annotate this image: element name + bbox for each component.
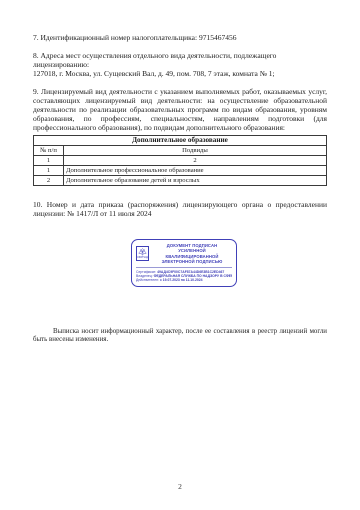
table-colnum-2: 2: [64, 156, 327, 166]
stamp-certificate-value: 49АД4C9F00C7AF87A44D6E3B1C2ED467: [157, 270, 224, 274]
disclaimer-note: Выписка носит информационный характер, п…: [33, 328, 327, 345]
table-title: Дополнительное образование: [34, 136, 327, 146]
stamp-header: РОСОБРНАДЗОР ДОКУМЕНТ ПОДПИСАН УСИЛЕННОЙ…: [136, 243, 232, 265]
table-row: 1 Дополнительное профессиональное образо…: [34, 166, 327, 176]
stamp-title-line2: УСИЛЕННОЙ КВАЛИФИЦИРОВАННОЙ: [152, 248, 232, 259]
paragraph-8-line1: 8. Адреса мест осуществления отдельного …: [33, 51, 276, 69]
paragraph-10-order-number: 10. Номер и дата приказа (распоряжения) …: [33, 200, 327, 218]
stamp-title-line3: ЭЛЕКТРОННОЙ ПОДПИСЬЮ: [152, 259, 232, 264]
stamp-certificate-label: Сертификат:: [136, 270, 156, 274]
table-colnum-1: 1: [34, 156, 64, 166]
table-row: 2 Дополнительное образование детей и взр…: [34, 176, 327, 186]
paragraph-8-addresses: 8. Адреса мест осуществления отдельного …: [33, 51, 327, 78]
emblem-caption: РОСОБРНАДЗОР: [136, 257, 149, 260]
stamp-owner-value: ФЕДЕРАЛЬНАЯ СЛУЖБА ПО НАДЗОРУ В СФЕРЕ ОБ…: [154, 274, 232, 278]
page-number: 2: [0, 482, 360, 491]
coat-of-arms-icon: РОСОБРНАДЗОР: [136, 246, 149, 261]
page-content: 7. Идентификационный номер налогоплатель…: [33, 33, 327, 345]
table-cell-num: 1: [34, 166, 64, 176]
stamp-validity-label: Действителен:: [136, 278, 159, 282]
paragraph-7-taxpayer-id: 7. Идентификационный номер налогоплатель…: [33, 33, 327, 42]
table-header-num: № п/п: [34, 146, 64, 156]
table-header-subtypes: Подвиды: [64, 146, 327, 156]
table-cell-name: Дополнительное образование детей и взрос…: [64, 176, 327, 186]
table-cell-name: Дополнительное профессиональное образова…: [64, 166, 327, 176]
paragraph-9-licensed-activity: 9. Лицензируемый вид деятельности с указ…: [33, 87, 327, 132]
table-header-row: № п/п Подвиды: [34, 146, 327, 156]
digital-signature-stamp: РОСОБРНАДЗОР ДОКУМЕНТ ПОДПИСАН УСИЛЕННОЙ…: [131, 239, 237, 287]
stamp-details: Сертификат: 49АД4C9F00C7AF87A44D6E3B1C2E…: [136, 267, 232, 283]
stamp-validity-line: Действителен: с 19.07.2023 по 11.10.2024: [136, 278, 232, 282]
table-column-number-row: 1 2: [34, 156, 327, 166]
stamp-owner-label: Владелец:: [136, 274, 153, 278]
paragraph-8-line2: 127018, г. Москва, ул. Сущевский Вал, д.…: [33, 69, 275, 78]
table-cell-num: 2: [34, 176, 64, 186]
table-title-row: Дополнительное образование: [34, 136, 327, 146]
stamp-container: РОСОБРНАДЗОР ДОКУМЕНТ ПОДПИСАН УСИЛЕННОЙ…: [33, 239, 327, 287]
document-page: 7. Идентификационный номер налогоплатель…: [0, 0, 360, 510]
education-subtypes-table: Дополнительное образование № п/п Подвиды…: [33, 135, 327, 186]
stamp-validity-value: с 19.07.2023 по 11.10.2024: [160, 278, 203, 282]
stamp-title: ДОКУМЕНТ ПОДПИСАН УСИЛЕННОЙ КВАЛИФИЦИРОВ…: [152, 243, 232, 265]
